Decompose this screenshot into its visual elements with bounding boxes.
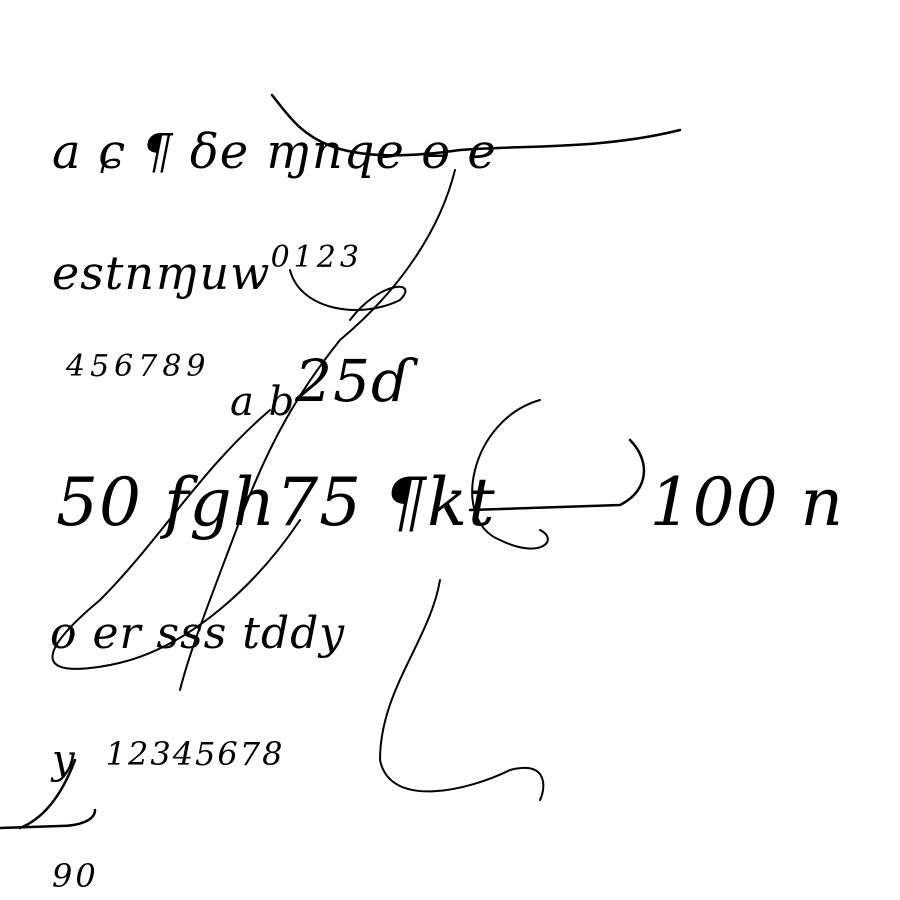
specimen-line-6-text: y	[52, 737, 76, 783]
font-specimen: a ɕ ¶ δe ɱnqe ɵ e estnɱuw0123 456789 a b…	[0, 0, 900, 900]
specimen-line-3b-text: 25ɗ	[295, 347, 411, 415]
specimen-line-5: o er sss tddy	[50, 612, 345, 656]
specimen-line-7: 90	[52, 860, 99, 892]
specimen-line-4-tail: 100 n	[650, 464, 844, 541]
specimen-line-4: 50 fgh75 ¶kt 100 n	[56, 470, 844, 536]
specimen-line-3: 456789	[66, 352, 211, 382]
specimen-line-3b: a b25ɗ	[230, 352, 412, 410]
specimen-digits: 12345678	[106, 735, 285, 773]
specimen-line-2-text: estnɱuw	[52, 246, 271, 300]
specimen-line-1: a ɕ ¶ δe ɱnqe ɵ e	[52, 128, 497, 176]
specimen-line-6: y12345678	[52, 740, 284, 780]
specimen-line-2: estnɱuw0123	[52, 250, 363, 296]
specimen-prefix-letters: a b	[230, 379, 295, 425]
specimen-superscript-digits: 0123	[271, 240, 363, 275]
specimen-line-4-text: 50 fgh75 ¶kt	[56, 464, 496, 541]
